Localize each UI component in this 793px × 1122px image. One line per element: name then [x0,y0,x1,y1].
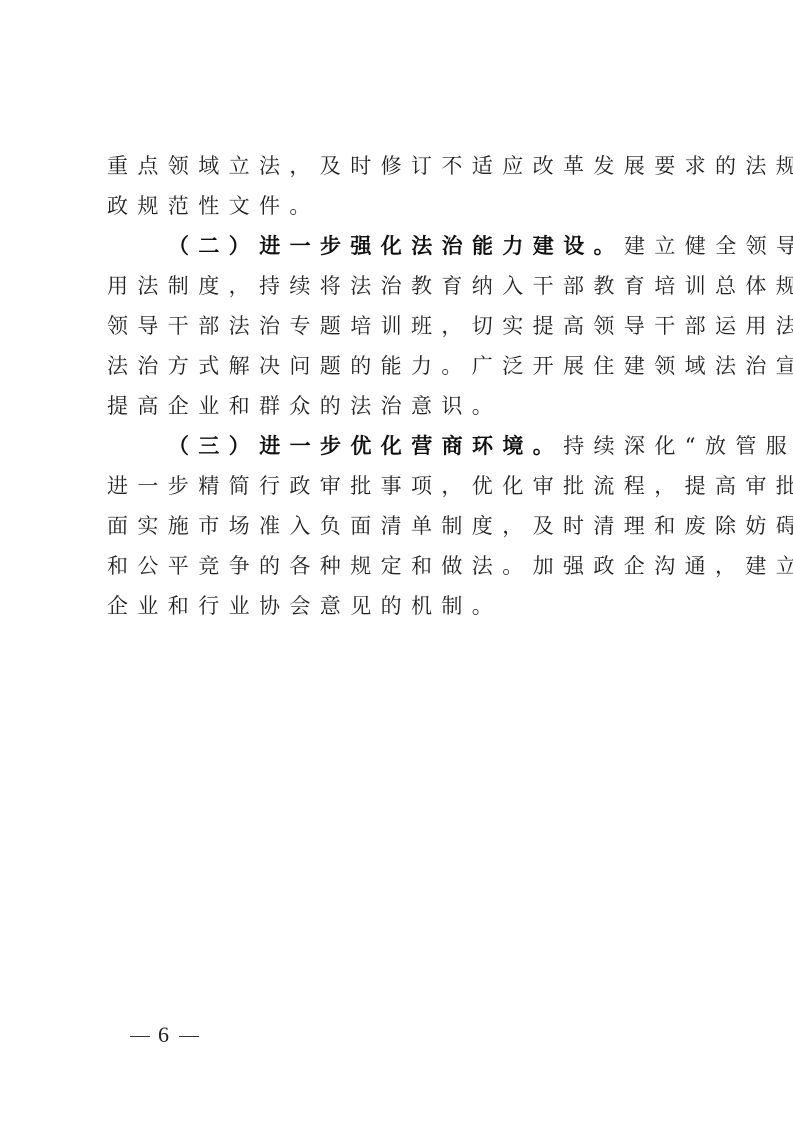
paragraph-line: 提高企业和群众的法治意识。 [107,386,697,426]
dash-right [179,1036,199,1037]
page-number-footer: 6 [122,1022,207,1048]
paragraph-line: 进一步精简行政审批事项，优化审批流程，提高审批效率。全 [107,466,697,506]
paragraph-line: 面实施市场准入负面清单制度，及时清理和废除妨碍统一市场 [107,506,697,546]
document-page: 重点领域立法，及时修订不适应改革发展要求的法规规章和行 政规范性文件。 （二）进… [0,0,793,1122]
paragraph-line: 领导干部法治专题培训班，切实提高领导干部运用法治思维和 [107,306,697,346]
paragraph-first-line: （三）进一步优化营商环境。持续深化“放管服”改革， [107,426,697,466]
paragraph-line: 政规范性文件。 [107,186,697,226]
paragraph-text: 建立健全领导干部学法 [624,234,793,258]
section-heading-2: （二）进一步强化法治能力建设。 [168,233,624,258]
paragraph-first-line: （二）进一步强化法治能力建设。建立健全领导干部学法 [107,226,697,266]
paragraph-line: 用法制度，持续将法治教育纳入干部教育培训总体规划。举办 [107,266,697,306]
paragraph-line: 重点领域立法，及时修订不适应改革发展要求的法规规章和行 [107,146,697,186]
document-body: 重点领域立法，及时修订不适应改革发展要求的法规规章和行 政规范性文件。 （二）进… [107,146,697,626]
paragraph-line: 和公平竞争的各种规定和做法。加强政企沟通，建立健全听取 [107,546,697,586]
dash-left [130,1036,150,1037]
paragraph-line: 法治方式解决问题的能力。广泛开展住建领域法治宣传教育， [107,346,697,386]
page-number: 6 [158,1022,171,1047]
section-heading-3: （三）进一步优化营商环境。 [168,433,563,458]
paragraph-line: 企业和行业协会意见的机制。 [107,586,697,626]
paragraph-text: 持续深化“放管服”改革， [563,434,793,458]
